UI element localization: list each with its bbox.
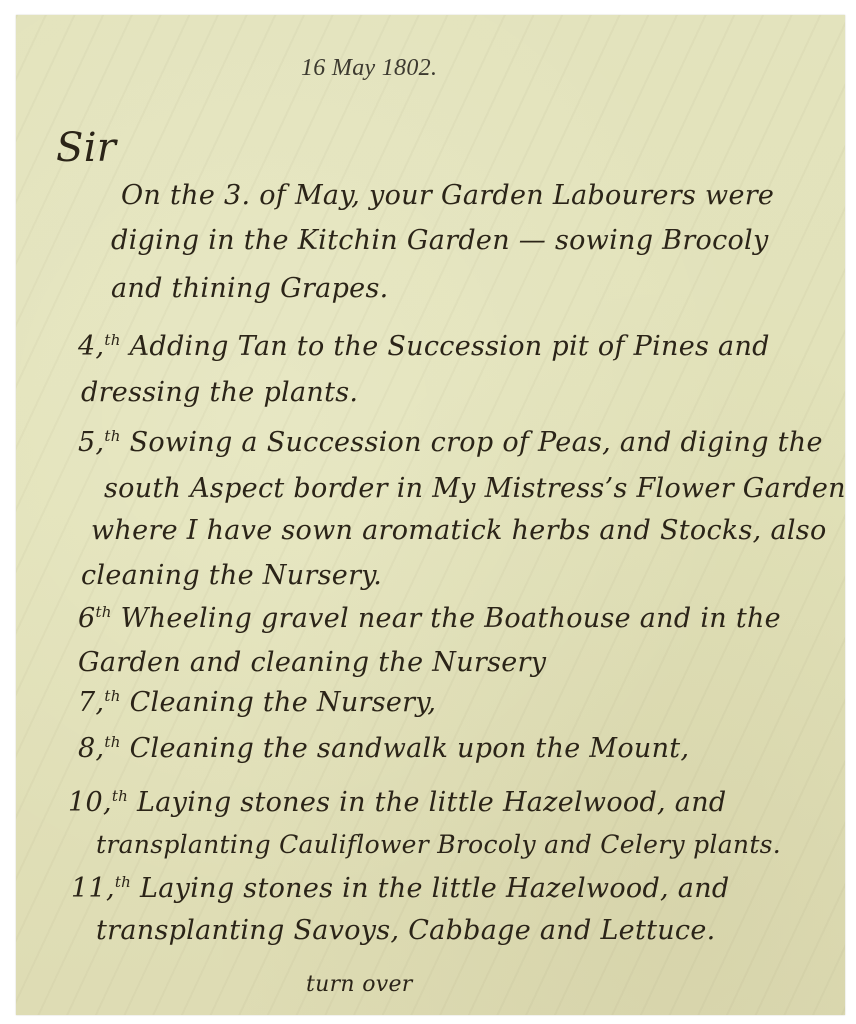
line-text: Laying stones in the little Hazelwood, a…: [137, 787, 726, 818]
letter-line: On the 3. of May, your Garden Labourers …: [121, 180, 774, 211]
date-annotation: 16 May 1802.: [301, 55, 437, 82]
letter-line: 10,th Laying stones in the little Hazelw…: [68, 787, 726, 818]
day-number: 10,: [68, 787, 112, 818]
day-suffix: th: [104, 427, 120, 445]
letter-line: 6th Wheeling gravel near the Boathouse a…: [78, 603, 781, 634]
letter-line: Garden and cleaning the Nursery: [78, 647, 546, 678]
day-suffix: th: [104, 331, 120, 349]
day-suffix: th: [104, 733, 120, 751]
line-text: diging in the Kitchin Garden — sowing Br…: [111, 225, 769, 256]
letter-line: where I have sown aromatick herbs and St…: [91, 515, 827, 546]
day-suffix: th: [115, 873, 131, 891]
line-text: transplanting Savoys, Cabbage and Lettuc…: [96, 915, 716, 946]
day-number: 7,: [78, 687, 104, 718]
day-number: 4,: [78, 331, 104, 362]
turn-over-note: turn over: [306, 972, 413, 997]
letter-page: 16 May 1802. Sir On the 3. of May, your …: [16, 15, 845, 1015]
letter-line: 7,th Cleaning the Nursery,: [78, 687, 436, 718]
letter-line: south Aspect border in My Mistress’s Flo…: [104, 473, 846, 504]
day-number: 8,: [78, 733, 104, 764]
day-number: 11,: [71, 873, 115, 904]
line-text: and thining Grapes.: [111, 273, 388, 304]
line-text: Adding Tan to the Succession pit of Pine…: [130, 331, 770, 362]
line-text: transplanting Cauliflower Brocoly and Ce…: [96, 830, 781, 859]
line-text: cleaning the Nursery.: [81, 560, 382, 591]
line-text: Cleaning the sandwalk upon the Mount,: [130, 733, 690, 764]
line-text: south Aspect border in My Mistress’s Flo…: [104, 473, 846, 504]
line-text: Sowing a Succession crop of Peas, and di…: [130, 427, 823, 458]
letter-line: diging in the Kitchin Garden — sowing Br…: [111, 225, 769, 256]
letter-line: transplanting Cauliflower Brocoly and Ce…: [96, 830, 781, 859]
line-text: where I have sown aromatick herbs and St…: [91, 515, 827, 546]
day-suffix: th: [112, 787, 128, 805]
day-suffix: th: [95, 603, 111, 621]
line-text: Laying stones in the little Hazelwood, a…: [140, 873, 729, 904]
salutation: Sir: [56, 125, 116, 171]
line-text: Wheeling gravel near the Boathouse and i…: [121, 603, 781, 634]
letter-line: transplanting Savoys, Cabbage and Lettuc…: [96, 915, 716, 946]
letter-line: 5,th Sowing a Succession crop of Peas, a…: [78, 427, 823, 458]
letter-line: 8,th Cleaning the sandwalk upon the Moun…: [78, 733, 689, 764]
day-number: 5,: [78, 427, 104, 458]
letter-line: 4,th Adding Tan to the Succession pit of…: [78, 331, 770, 362]
letter-line: and thining Grapes.: [111, 273, 388, 304]
letter-line: cleaning the Nursery.: [81, 560, 382, 591]
line-text: Cleaning the Nursery,: [130, 687, 437, 718]
line-text: dressing the plants.: [81, 377, 358, 408]
line-text: On the 3. of May, your Garden Labourers …: [121, 180, 774, 211]
letter-line: 11,th Laying stones in the little Hazelw…: [71, 873, 729, 904]
day-number: 6: [78, 603, 95, 634]
letter-line: dressing the plants.: [81, 377, 358, 408]
line-text: Garden and cleaning the Nursery: [78, 647, 546, 678]
day-suffix: th: [104, 687, 120, 705]
